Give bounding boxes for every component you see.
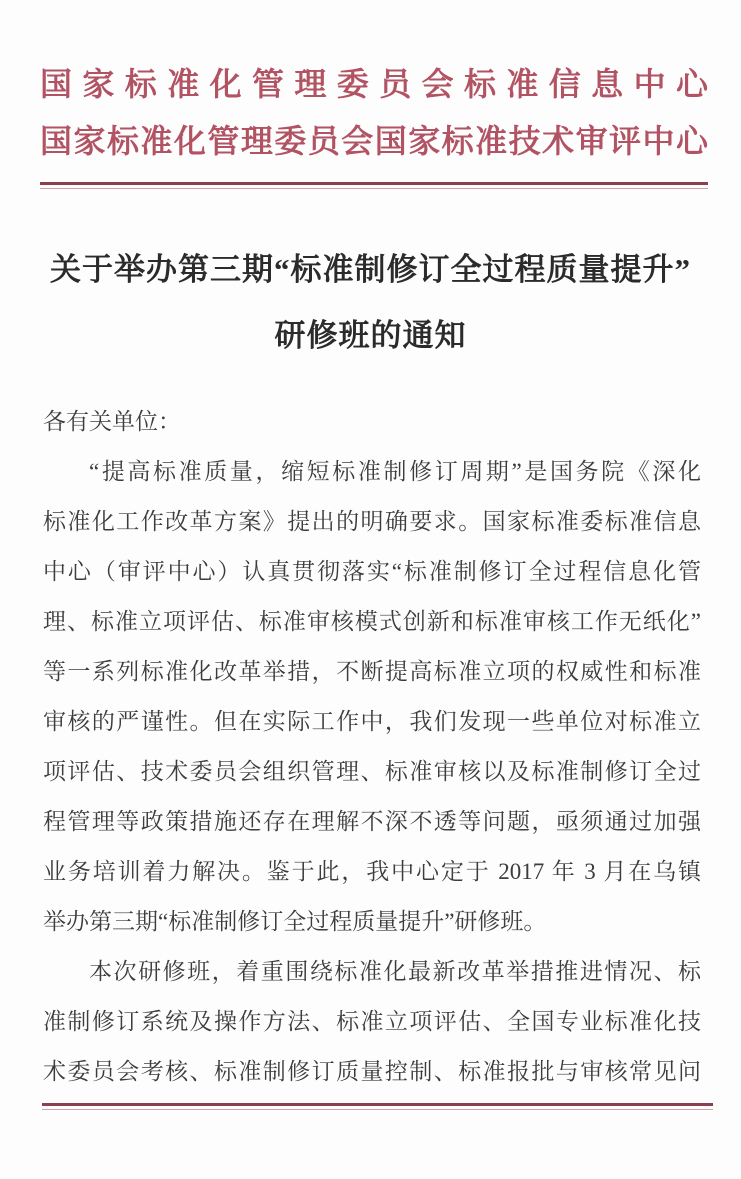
body-line: 等一系列标准化改革举措，不断提高标准立项的权威性和标准 — [43, 647, 701, 697]
body-line: 标准化工作改革方案》提出的明确要求。国家标准委标准信息 — [43, 497, 701, 547]
body-line: 业务培训着力解决。鉴于此，我中心定于 2017 年 3 月在乌镇 — [43, 847, 701, 897]
body-line: 理、标准立项评估、标准审核模式创新和标准审核工作无纸化” — [43, 597, 701, 647]
letterhead-rule-thin — [40, 188, 708, 189]
body-line: 程管理等政策措施还存在理解不深不透等问题，亟须通过加强 — [43, 797, 701, 847]
body-line: 本次研修班，着重围绕标准化最新改革举措推进情况、标 — [43, 947, 701, 997]
footer-rule-thin — [42, 1109, 713, 1110]
footer-rule-thick — [42, 1103, 713, 1106]
body-line: 中心（审评中心）认真贯彻落实“标准制修订全过程信息化管 — [43, 547, 701, 597]
org-name-line2: 国家标准化管理委员会国家标准技术审评中心 — [40, 113, 708, 170]
letterhead-rule — [40, 182, 708, 189]
salutation: 各有关单位： — [43, 397, 701, 447]
letterhead-rule-thick — [40, 182, 708, 185]
body-line: 举办第三期“标准制修订全过程质量提升”研修班。 — [43, 897, 701, 947]
letterhead: 国家标准化管理委员会标准信息中心 国家标准化管理委员会国家标准技术审评中心 — [0, 0, 741, 189]
document-body: 各有关单位： “提高标准质量，缩短标准制修订周期”是国务院《深化 标准化工作改革… — [43, 397, 701, 1097]
document-title-line2: 研修班的通知 — [40, 303, 701, 369]
paragraph-2: 本次研修班，着重围绕标准化最新改革举措推进情况、标 准制修订系统及操作方法、标准… — [43, 947, 701, 1097]
footer-rule — [42, 1103, 713, 1110]
paragraph-1: “提高标准质量，缩短标准制修订周期”是国务院《深化 标准化工作改革方案》提出的明… — [43, 447, 701, 947]
document-title-line1: 关于举办第三期“标准制修订全过程质量提升” — [40, 237, 701, 303]
body-line: 审核的严谨性。但在实际工作中，我们发现一些单位对标准立 — [43, 697, 701, 747]
org-name-line1: 国家标准化管理委员会标准信息中心 — [40, 56, 708, 113]
body-line: “提高标准质量，缩短标准制修订周期”是国务院《深化 — [43, 447, 701, 497]
body-line: 项评估、技术委员会组织管理、标准审核以及标准制修订全过 — [43, 747, 701, 797]
body-line: 准制修订系统及操作方法、标准立项评估、全国专业标准化技 — [43, 997, 701, 1047]
document-title: 关于举办第三期“标准制修订全过程质量提升” 研修班的通知 — [40, 237, 701, 369]
notice-document-page: 国家标准化管理委员会标准信息中心 国家标准化管理委员会国家标准技术审评中心 关于… — [0, 0, 741, 1179]
body-line: 术委员会考核、标准制修订质量控制、标准报批与审核常见问 — [43, 1047, 701, 1097]
